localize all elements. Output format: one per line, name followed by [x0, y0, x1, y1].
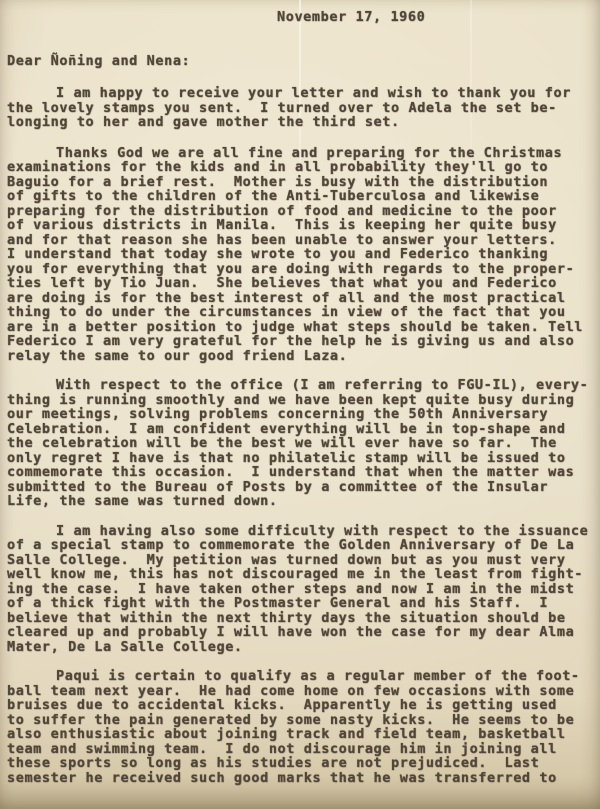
- letter-line: thing is running smoothly and we have be…: [7, 393, 595, 408]
- letter-line: of a thick fight with the Postmaster Gen…: [7, 596, 595, 611]
- letter-line: only regret I have is that no philatelic…: [7, 451, 595, 466]
- letter-line: Life, the same was turned down.: [7, 494, 595, 509]
- letter-line: commemorate this occasion. I understand …: [7, 465, 595, 480]
- letter-line: thing to do under the circumstances in v…: [7, 305, 595, 320]
- letter-line: to suffer the pain generated by some nas…: [7, 713, 595, 728]
- letter-line: Salle College. My petition was turned do…: [7, 553, 595, 568]
- letter-line: the celebration will be the best we will…: [7, 436, 595, 451]
- letter-line: of a special stamp to commemorate the Go…: [7, 538, 595, 553]
- letter-line: Mater, De La Salle College.: [7, 640, 595, 655]
- letter-line: team and swimming team. I do not discour…: [7, 742, 595, 757]
- letter-line: are in a better position to judge what s…: [7, 320, 595, 335]
- letter-salutation: Dear Ñoñing and Nena:: [7, 53, 190, 69]
- letter-paragraph: I am having also some difficulty with re…: [7, 524, 595, 655]
- letter-line: Federico I am very grateful for the help…: [7, 334, 595, 349]
- letter-paragraph: I am happy to receive your letter and wi…: [7, 86, 595, 130]
- letter-line: the lovely stamps you sent. I turned ove…: [7, 101, 595, 116]
- letter-paragraph: Paqui is certain to qualify as a regular…: [7, 669, 595, 785]
- letter-line: ball team next year. He had come home on…: [7, 684, 595, 699]
- letter-line: cleared up and probably I will have won …: [7, 625, 595, 640]
- letter-line: believe that within the next thirty days…: [7, 611, 595, 626]
- letter-body: I am happy to receive your letter and wi…: [7, 86, 595, 800]
- letter-line: bruises due to accidental kicks. Apparen…: [7, 698, 595, 713]
- letter-line: examinations for the kids and in all pro…: [7, 160, 595, 175]
- letter-line: semester he received such good marks tha…: [7, 771, 595, 786]
- letter-line: are doing is for the best interest of al…: [7, 291, 595, 306]
- letter-line: you for everything that you are doing wi…: [7, 262, 595, 277]
- letter-line: our meetings, solving problems concernin…: [7, 407, 595, 422]
- letter-line: well know me, this has not discouraged m…: [7, 567, 595, 582]
- letter-line: relay the same to our good friend Laza.: [7, 349, 595, 364]
- letter-line: I am having also some difficulty with re…: [7, 524, 595, 539]
- letter-line: I understand that today she wrote to you…: [7, 247, 595, 262]
- letter-line: longing to her and gave mother the third…: [7, 115, 595, 130]
- letter-page: November 17, 1960 Dear Ñoñing and Nena: …: [0, 0, 600, 809]
- letter-line: also enthusiastic about joining track an…: [7, 727, 595, 742]
- letter-date: November 17, 1960: [277, 9, 425, 25]
- letter-line: preparing for the distribution of food a…: [7, 204, 595, 219]
- letter-line: I am happy to receive your letter and wi…: [7, 86, 595, 101]
- letter-paragraph: Thanks God we are all fine and preparing…: [7, 146, 595, 364]
- letter-line: of gifts to the children of the Anti-Tub…: [7, 189, 595, 204]
- letter-line: Celebration. I am confident everything w…: [7, 422, 595, 437]
- letter-paragraph: With respect to the office (I am referri…: [7, 378, 595, 509]
- letter-line: With respect to the office (I am referri…: [7, 378, 595, 393]
- letter-line: these sports so long as his studies are …: [7, 756, 595, 771]
- letter-line: of various districts in Manila. This is …: [7, 218, 595, 233]
- letter-line: Paqui is certain to qualify as a regular…: [7, 669, 595, 684]
- letter-line: ties left by Tio Juan. She believes that…: [7, 276, 595, 291]
- letter-line: and for that reason she has been unable …: [7, 233, 595, 248]
- letter-line: Thanks God we are all fine and preparing…: [7, 146, 595, 161]
- letter-line: ing the case. I have taken other steps a…: [7, 582, 595, 597]
- letter-line: Baguio for a brief rest. Mother is busy …: [7, 175, 595, 190]
- letter-line: submitted to the Bureau of Posts by a co…: [7, 480, 595, 495]
